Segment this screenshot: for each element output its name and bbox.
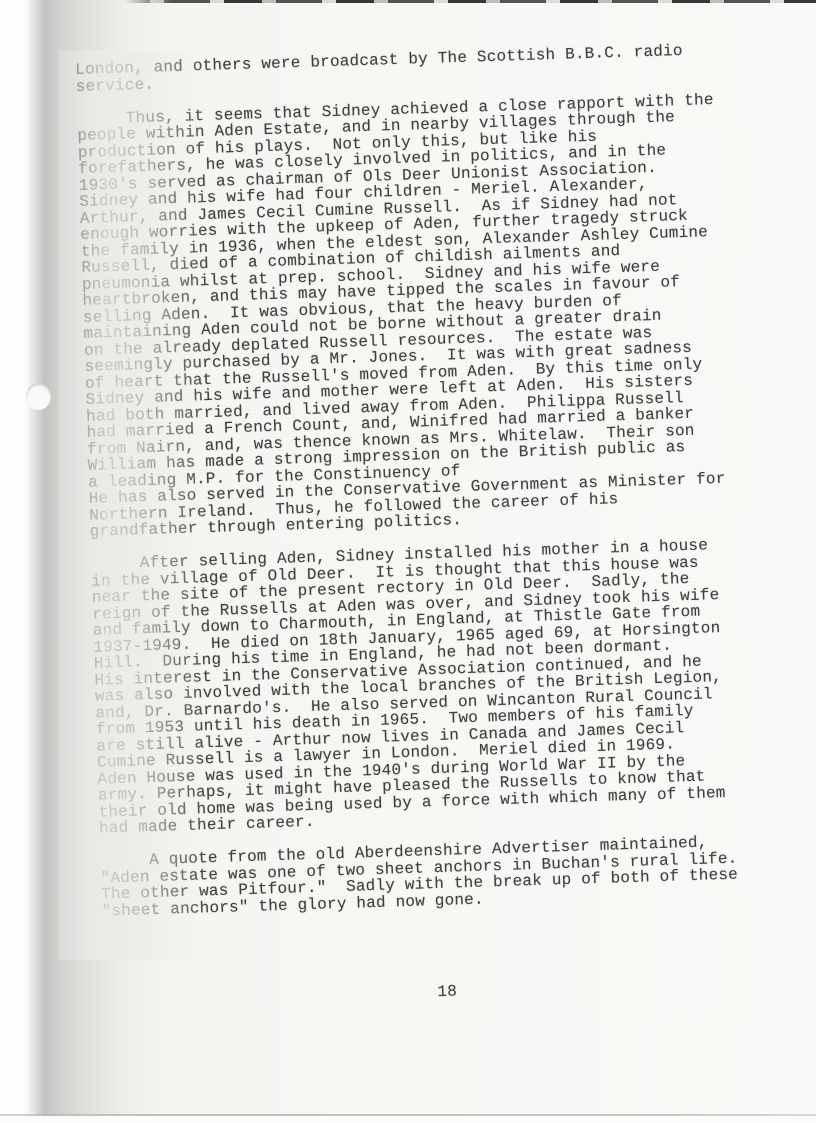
- paper-notch: [26, 383, 51, 410]
- page-text-block: London, and others were broadcast by The…: [75, 40, 804, 1011]
- page-number: 18: [437, 973, 804, 1001]
- paragraph-4: A quote from the old Aberdeenshire Adver…: [100, 832, 802, 920]
- paragraph-3: After selling Aden, Sidney installed his…: [91, 535, 799, 837]
- scan-top-edge-artifact: [112, 0, 816, 3]
- paragraph-2: Thus, it seems that Sidney achieved a cl…: [77, 89, 790, 540]
- paragraph-1: London, and others were broadcast by The…: [75, 40, 776, 95]
- scanned-page: London, and others were broadcast by The…: [0, 0, 816, 1123]
- scan-bottom-margin: [0, 1116, 816, 1123]
